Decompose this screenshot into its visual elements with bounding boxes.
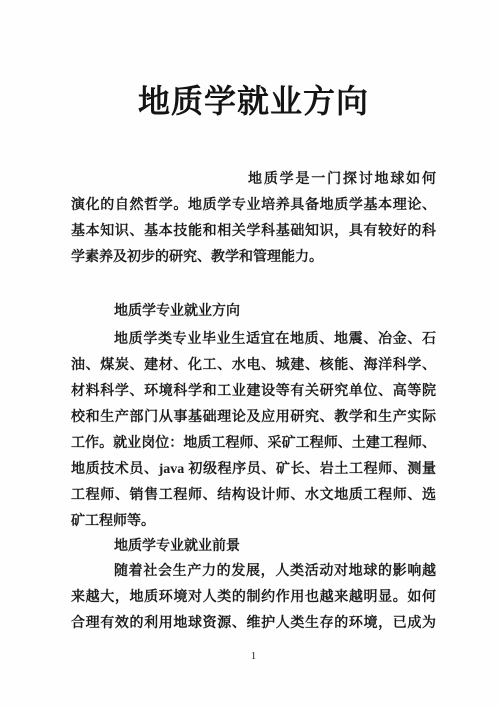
- text-line: 基本知识、基本技能和相关学科基础知识，具有较好的科: [71, 219, 436, 245]
- page-title: 地质学就业方向: [71, 80, 436, 122]
- page-number: 1: [71, 649, 436, 663]
- heading-text: 地质学专业就业前景: [71, 534, 436, 560]
- text-line: 随着社会生产力的发展，人类活动对地球的影响越: [71, 559, 436, 585]
- heading-text: 地质学专业就业方向: [71, 299, 436, 325]
- text-line: 地质学类专业毕业生适宜在地质、地震、冶金、石: [71, 327, 436, 353]
- intro-paragraph: 地质学是一门探讨地球如何 演化的自然哲学。地质学专业培养具备地质学基本理论、 基…: [71, 167, 436, 271]
- text-line: 演化的自然哲学。地质学专业培养具备地质学基本理论、: [71, 193, 436, 219]
- paragraph-employment-direction: 地质学类专业毕业生适宜在地质、地震、冶金、石 油、煤炭、建材、化工、水电、城建、…: [71, 327, 436, 535]
- section-heading-prospect: 地质学专业就业前景: [71, 534, 436, 560]
- text-line: 工作。就业岗位：地质工程师、采矿工程师、土建工程师、: [71, 431, 436, 457]
- text-line: 合理有效的利用地球资源、维护人类生存的环境，已成为: [71, 611, 436, 637]
- text-line: 矿工程师等。: [71, 509, 436, 535]
- text-line: 校和生产部门从事基础理论及应用研究、教学和生产实际: [71, 405, 436, 431]
- section-heading-direction: 地质学专业就业方向: [71, 299, 436, 325]
- text-line: 学素养及初步的研究、教学和管理能力。: [71, 245, 436, 271]
- text-line: 地质学是一门探讨地球如何: [71, 167, 436, 193]
- paragraph-employment-prospect: 随着社会生产力的发展，人类活动对地球的影响越 来越大，地质环境对人类的制约作用也…: [71, 559, 436, 637]
- text-line: 工程师、销售工程师、结构设计师、水文地质工程师、选: [71, 483, 436, 509]
- text-line: 地质技术员、java 初级程序员、矿长、岩土工程师、测量: [71, 457, 436, 483]
- text-line: 来越大，地质环境对人类的制约作用也越来越明显。如何: [71, 585, 436, 611]
- document-page: 地质学就业方向 地质学是一门探讨地球如何 演化的自然哲学。地质学专业培养具备地质…: [0, 0, 500, 707]
- text-line: 油、煤炭、建材、化工、水电、城建、核能、海洋科学、: [71, 353, 436, 379]
- text-line: 材料科学、环境科学和工业建设等有关研究单位、高等院: [71, 379, 436, 405]
